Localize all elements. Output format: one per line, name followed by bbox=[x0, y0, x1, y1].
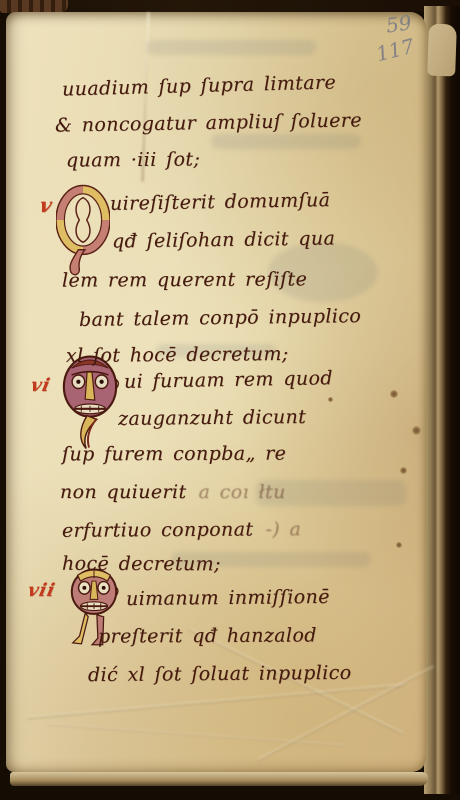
line-text: ſup furem conpba„ re bbox=[62, 443, 286, 466]
spot bbox=[396, 542, 402, 548]
face-initial-q bbox=[60, 354, 120, 454]
line-text: non quiuerit bbox=[60, 481, 187, 503]
manuscript-line: preſterit qđ hanzalod bbox=[98, 625, 317, 647]
page-bottom-edge bbox=[10, 772, 428, 786]
page-number-pencil: 117 bbox=[374, 34, 417, 67]
line-text: uimanum inmiſſionē bbox=[126, 586, 330, 610]
rubric-numeral: v bbox=[37, 193, 55, 217]
spot bbox=[390, 390, 398, 398]
spot bbox=[412, 426, 421, 435]
line-text: uireſiſterit domumſuā bbox=[110, 189, 331, 215]
line-text: lem rem querent reſiſte bbox=[62, 268, 307, 291]
spot bbox=[400, 467, 407, 474]
underlying-page-corner bbox=[427, 24, 457, 77]
crease-fold bbox=[27, 683, 406, 719]
line-text: hocē decretum; bbox=[62, 553, 221, 576]
manuscript-line: erfurtiuo conponat-) a bbox=[62, 519, 301, 542]
line-text: qđ ſeliſohan dicit qua bbox=[112, 227, 336, 252]
manuscript-line: zauganzuht dicunt bbox=[118, 407, 306, 430]
manuscript-line: uimanum inmiſſionē bbox=[126, 587, 330, 610]
line-text: bant talem conpō inpuplico bbox=[79, 305, 361, 331]
manuscript-line: lem rem querent reſiſte bbox=[62, 269, 307, 291]
manuscript-line: qđ ſeliſohan dicit qua bbox=[112, 228, 336, 252]
spot bbox=[328, 397, 333, 402]
manuscript-line: uireſiſterit domumſuā bbox=[110, 190, 331, 215]
manuscript-line: quam ·iii ſot; bbox=[66, 149, 200, 171]
line-text: xl ſot hocē decretum; bbox=[66, 343, 289, 367]
manuscript-line: bant talem conpō inpuplico bbox=[79, 306, 361, 331]
line-text: uuadium ſup ſupra limtare bbox=[62, 71, 337, 100]
rubric-numeral: vii bbox=[26, 580, 58, 601]
line-text: erfurtiuo conponat bbox=[62, 518, 254, 541]
manuscript-line: non quiuerita coı łtu bbox=[60, 482, 286, 503]
line-text: & noncogatur ampliuſ ſoluere bbox=[55, 109, 362, 136]
manuscript-line: dić xl ſot ſoluat inpuplico bbox=[88, 663, 352, 686]
manuscript-page: 59 117 v vi vii bbox=[6, 12, 426, 772]
line-text: quam ·iii ſot; bbox=[66, 148, 200, 171]
faded-correction: a coı łtu bbox=[199, 481, 286, 503]
binding-top-band bbox=[0, 0, 460, 12]
manuscript-line: uuadium ſup ſupra limtare bbox=[62, 72, 337, 100]
manuscript-line: & noncogatur ampliuſ ſoluere bbox=[55, 110, 362, 136]
manuscript-line: ui furuam rem quod bbox=[124, 368, 333, 393]
manuscript-line: xl ſot hocē decretum; bbox=[66, 344, 289, 367]
line-text: preſterit qđ hanzalod bbox=[98, 624, 317, 647]
line-text: ui furuam rem quod bbox=[124, 367, 333, 393]
manuscript-line: hocē decretum; bbox=[62, 554, 221, 575]
showthrough-mark bbox=[146, 40, 316, 55]
showthrough-mark bbox=[211, 134, 361, 149]
book-fore-edge-pages bbox=[424, 6, 460, 794]
decorated-initial-q bbox=[56, 184, 110, 282]
manuscript-line: ſup furem conpba„ re bbox=[62, 444, 286, 466]
line-text: dić xl ſot ſoluat inpuplico bbox=[88, 662, 352, 686]
line-text: zauganzuht dicunt bbox=[118, 406, 306, 430]
rubric-numeral: vi bbox=[29, 375, 53, 396]
faded-correction: -) a bbox=[265, 518, 301, 540]
